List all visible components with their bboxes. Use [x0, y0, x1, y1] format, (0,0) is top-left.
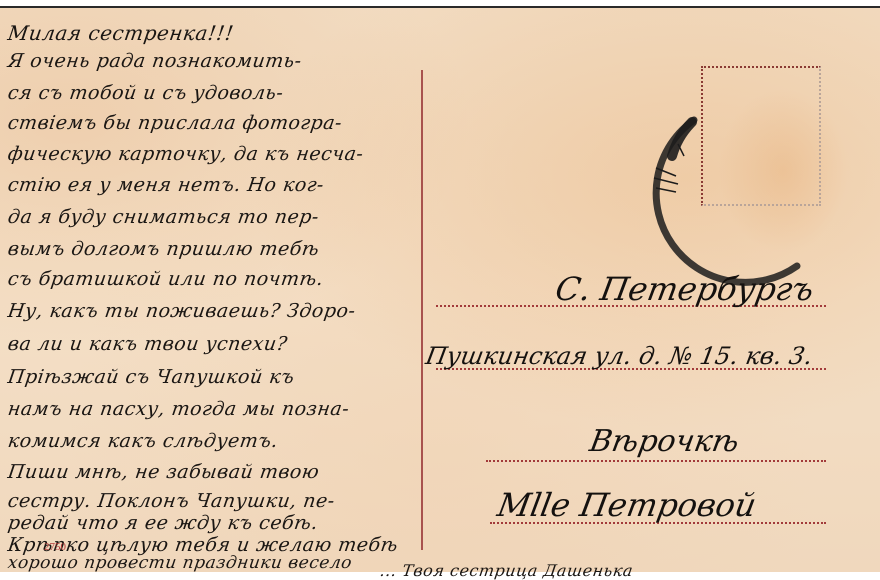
message-line: ствіемъ бы прислала фотогра- — [6, 112, 343, 134]
message-line: комимся какъ слѣдуетъ. — [6, 430, 279, 452]
address-recipient-last: Mlle Петровой — [495, 486, 759, 524]
message-line: съ братишкой или по почтѣ. — [6, 268, 324, 290]
message-line: Пиши мнѣ, не забывай твою — [6, 461, 320, 483]
message-line: ва ли и какъ твои успехи? — [6, 333, 288, 355]
message-line: хорошо провести праздники весело — [7, 553, 354, 572]
message-greeting: Милая сестренка!!! — [6, 21, 235, 45]
address-city: С. Петербургъ — [553, 270, 817, 308]
message-line: фическую карточку, да къ несча- — [6, 143, 365, 165]
message-line: вымъ долгомъ пришлю тебѣ — [6, 238, 320, 260]
address-recipient-first: Вѣрочкѣ — [587, 424, 742, 459]
address-dotted-line — [486, 460, 826, 462]
postmark-icon — [632, 116, 802, 286]
postcard: Милая сестренка!!! Я очень рада познаком… — [0, 6, 880, 572]
message-line: сестру. Поклонъ Чапушки, пе- — [6, 490, 336, 512]
message-signature: ... Твоя сестрица Дашенька — [379, 561, 635, 572]
catalog-number: 2750 — [44, 541, 66, 553]
message-line: ся съ тобой и съ удоволь- — [6, 82, 284, 104]
message-line: да я буду сниматься то пер- — [6, 206, 320, 228]
center-divider — [421, 70, 423, 550]
message-line: Пріѣзжай съ Чапушкой къ — [6, 366, 295, 388]
address-street: Пушкинская ул. д. № 15. кв. 3. — [424, 342, 815, 370]
message-line: Ну, какъ ты поживаешь? Здоро- — [6, 300, 357, 322]
message-line: Я очень рада познакомить- — [6, 50, 303, 72]
message-line: намъ на пасху, тогда мы позна- — [6, 398, 350, 420]
message-line: стію ея у меня нетъ. Но ког- — [6, 174, 325, 196]
message-line: редай что я ее жду къ себѣ. — [6, 512, 319, 534]
